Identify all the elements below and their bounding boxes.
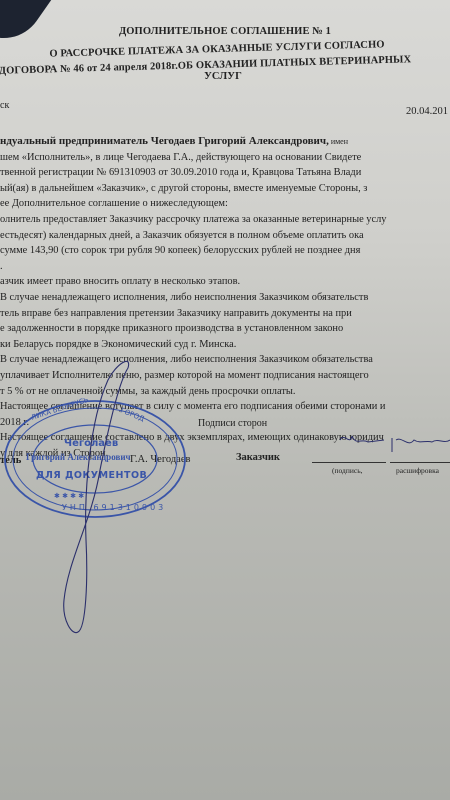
handwritten-signature-icon	[0, 0, 450, 800]
document-page: ДОПОЛНИТЕЛЬНОЕ СОГЛАШЕНИЕ № 1 О РАССРОЧК…	[0, 0, 450, 800]
